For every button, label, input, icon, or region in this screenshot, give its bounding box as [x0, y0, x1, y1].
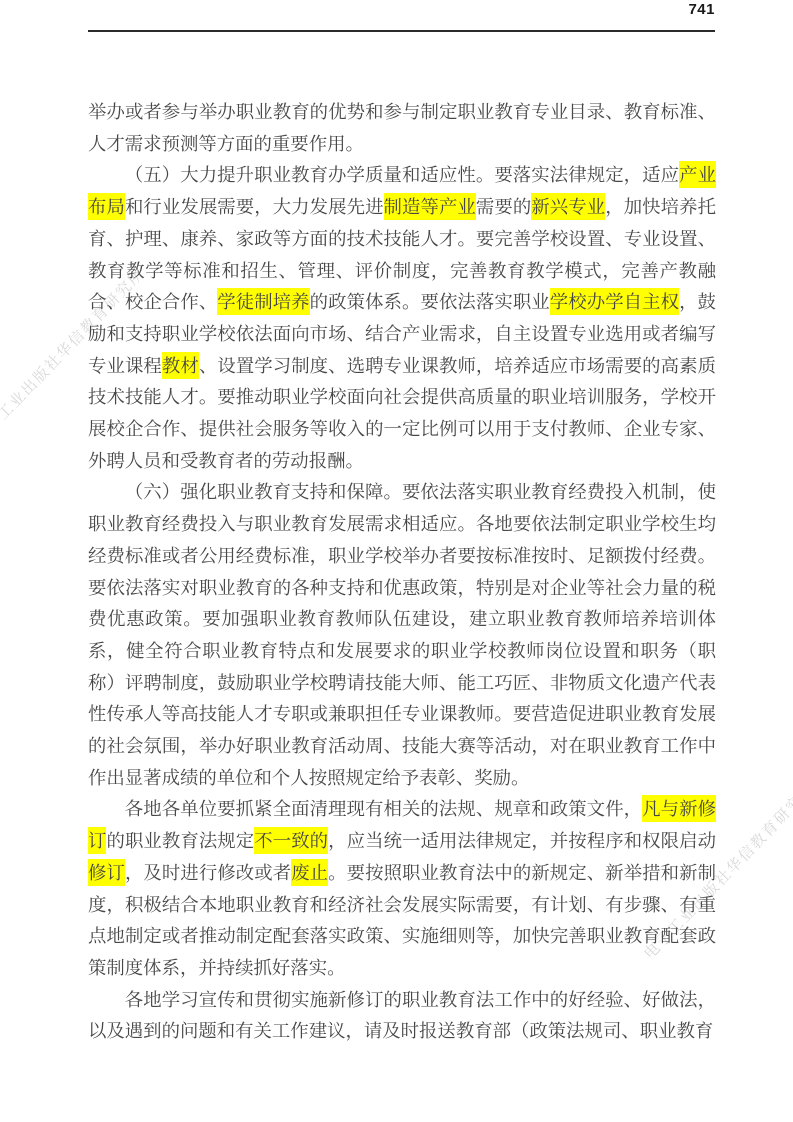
paragraph: （五）大力提升职业教育办学质量和适应性。要落实法律规定，适应产业布局和行业发展需…	[88, 159, 716, 476]
paragraph: （六）强化职业教育支持和保障。要依法落实职业教育经费投入机制，使职业教育经费投入…	[88, 476, 716, 793]
page-number: 741	[688, 1, 715, 18]
text-run: 各地各单位要抓紧全面清理现有相关的法规、规章和政策文件，	[125, 798, 642, 819]
highlighted-text: 不一致的	[254, 827, 328, 854]
text-run: 各地学习宣传和贯彻实施新修订的职业教育法工作中的好经验、好做法，以及遇到的问题和…	[88, 989, 716, 1042]
text-run: 和行业发展需要，大力发展先进	[125, 196, 384, 217]
text-run: 的职业教育法规定	[106, 830, 254, 851]
highlighted-text: 教材	[162, 352, 199, 379]
header-rule	[88, 30, 715, 32]
paragraph: 各地学习宣传和贯彻实施新修订的职业教育法工作中的好经验、好做法，以及遇到的问题和…	[88, 984, 716, 1047]
highlighted-text: 学徒制培养	[217, 288, 309, 315]
document-body: 举办或者参与举办职业教育的优势和参与制定职业教育专业目录、教育标准、人才需求预测…	[88, 96, 716, 1047]
text-run: 举办或者参与举办职业教育的优势和参与制定职业教育专业目录、教育标准、人才需求预测…	[88, 101, 716, 154]
text-run: ，及时进行修改或者	[125, 862, 291, 883]
highlighted-text: 废止	[291, 859, 328, 886]
highlighted-text: 制造等产业	[384, 193, 476, 220]
highlighted-text: 学校办学自主权	[550, 288, 679, 315]
highlighted-text: 新兴专业	[531, 193, 605, 220]
text-run: （六）强化职业教育支持和保障。要依法落实职业教育经费投入机制，使职业教育经费投入…	[88, 481, 716, 787]
text-run: （五）大力提升职业教育办学质量和适应性。要落实法律规定，适应	[125, 164, 679, 185]
document-page: 741 电子工业出版社华信教育研究所 电子工业出版社华信教育研究所 举办或者参与…	[0, 0, 793, 1122]
text-run: 的政策体系。要依法落实职业	[310, 291, 550, 312]
paragraph: 各地各单位要抓紧全面清理现有相关的法规、规章和政策文件，凡与新修订的职业教育法规…	[88, 793, 716, 983]
text-run: ，应当统一适用法律规定，并按程序和权限启动	[328, 830, 716, 851]
text-run: 需要的	[476, 196, 531, 217]
paragraph: 举办或者参与举办职业教育的优势和参与制定职业教育专业目录、教育标准、人才需求预测…	[88, 96, 716, 159]
highlighted-text: 修订	[88, 859, 125, 886]
